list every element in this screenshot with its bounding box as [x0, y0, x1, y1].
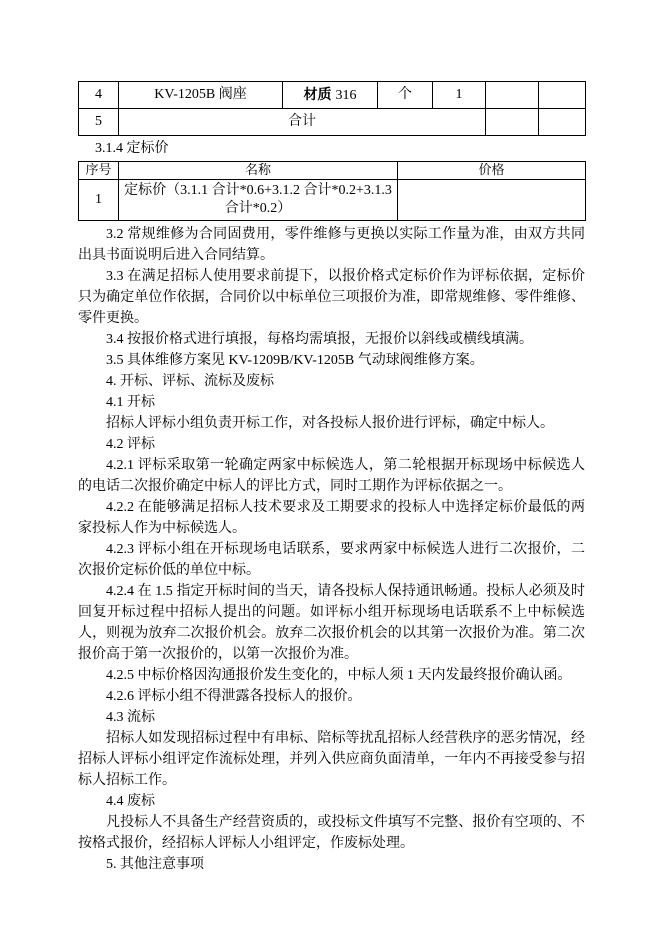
body-paragraphs: 3.2 常规维修为合同固费用，零件维修与更换以实际工作量为准，由双方共同出具书面…	[78, 224, 585, 875]
cell-price-empty	[486, 82, 539, 109]
clause-3-2: 3.2 常规维修为合同固费用，零件维修与更换以实际工作量为准，由双方共同出具书面…	[78, 224, 585, 266]
section-4-heading: 4. 开标、评标、流标及废标	[78, 371, 585, 392]
clause-4-3-body: 招标人如发现招标过程中有串标、陪标等扰乱招标人经营秩序的恶劣情况，经招标人评标小…	[78, 728, 585, 791]
cell-price-empty	[486, 109, 539, 136]
section-4-2-heading: 4.2 评标	[78, 434, 585, 455]
clause-3-4: 3.4 按报价格式进行填报，每格均需填报，无报价以斜线或横线填满。	[78, 329, 585, 350]
clause-4-2-5: 4.2.5 中标价格因沟通报价发生变化的，中标人须 1 天内发最终报价确认函。	[78, 665, 585, 686]
parts-table-row-5: 5 合计	[79, 109, 586, 136]
header-price: 价格	[398, 162, 586, 180]
cell-row-no: 1	[79, 180, 119, 221]
price-table: 序号 名称 价格 1 定标价（3.1.1 合计*0.6+3.1.2 合计*0.2…	[78, 161, 586, 221]
parts-table-row-4: 4 KV-1205B 阀座 材质316 个 1	[79, 82, 586, 109]
document-content: 4 KV-1205B 阀座 材质316 个 1 5 合计 3.1.4 定标价	[78, 81, 585, 875]
document-page: 4 KV-1205B 阀座 材质316 个 1 5 合计 3.1.4 定标价	[0, 0, 662, 936]
heading-3-1-4: 3.1.4 定标价	[78, 136, 585, 161]
cell-fixed-price-formula: 定标价（3.1.1 合计*0.6+3.1.2 合计*0.2+3.1.3 合计*0…	[119, 180, 398, 221]
cell-part-name: KV-1205B 阀座	[119, 82, 283, 109]
cell-note-empty	[539, 82, 586, 109]
cell-part-spec: 材质316	[283, 82, 378, 109]
clause-3-5: 3.5 具体维修方案见 KV-1209B/KV-1205B 气动球阀维修方案。	[78, 350, 585, 371]
cell-row-no: 4	[79, 82, 119, 109]
section-4-1-heading: 4.1 开标	[78, 392, 585, 413]
section-4-4-heading: 4.4 废标	[78, 791, 585, 812]
section-4-3-heading: 4.3 流标	[78, 707, 585, 728]
header-no: 序号	[79, 162, 119, 180]
spec-label: 材质	[304, 86, 332, 102]
price-table-header-row: 序号 名称 价格	[79, 162, 586, 180]
cell-total-label: 合计	[119, 109, 486, 136]
cell-qty: 1	[433, 82, 486, 109]
clause-4-2-1: 4.2.1 评标采取第一轮确定两家中标候选人，第二轮根据开标现场中标候选人的电话…	[78, 455, 585, 497]
clause-4-1-body: 招标人评标小组负责开标工作，对各投标人报价进行评标，确定中标人。	[78, 413, 585, 434]
section-5-heading: 5. 其他注意事项	[78, 854, 585, 875]
spec-value: 316	[336, 88, 357, 103]
cell-price-empty	[398, 180, 586, 221]
cell-note-empty	[539, 109, 586, 136]
price-table-row-1: 1 定标价（3.1.1 合计*0.6+3.1.2 合计*0.2+3.1.3 合计…	[79, 180, 586, 221]
header-name: 名称	[119, 162, 398, 180]
clause-3-3: 3.3 在满足招标人使用要求前提下，以报价格式定标价作为评标依据，定标价只为确定…	[78, 266, 585, 329]
cell-row-no: 5	[79, 109, 119, 136]
clause-4-4-body: 凡投标人不具备生产经营资质的，或投标文件填写不完整、报价有空项的、不按格式报价，…	[78, 812, 585, 854]
clause-4-2-6: 4.2.6 评标小组不得泄露各投标人的报价。	[78, 686, 585, 707]
spare-parts-table: 4 KV-1205B 阀座 材质316 个 1 5 合计	[78, 81, 586, 136]
clause-4-2-3: 4.2.3 评标小组在开标现场电话联系，要求两家中标候选人进行二次报价，二次报价…	[78, 539, 585, 581]
clause-4-2-2: 4.2.2 在能够满足招标人技术要求及工期要求的投标人中选择定标价最低的两家投标…	[78, 497, 585, 539]
cell-unit: 个	[378, 82, 433, 109]
clause-4-2-4: 4.2.4 在 1.5 指定开标时间的当天，请各投标人保持通讯畅通。投标人必须及…	[78, 581, 585, 665]
